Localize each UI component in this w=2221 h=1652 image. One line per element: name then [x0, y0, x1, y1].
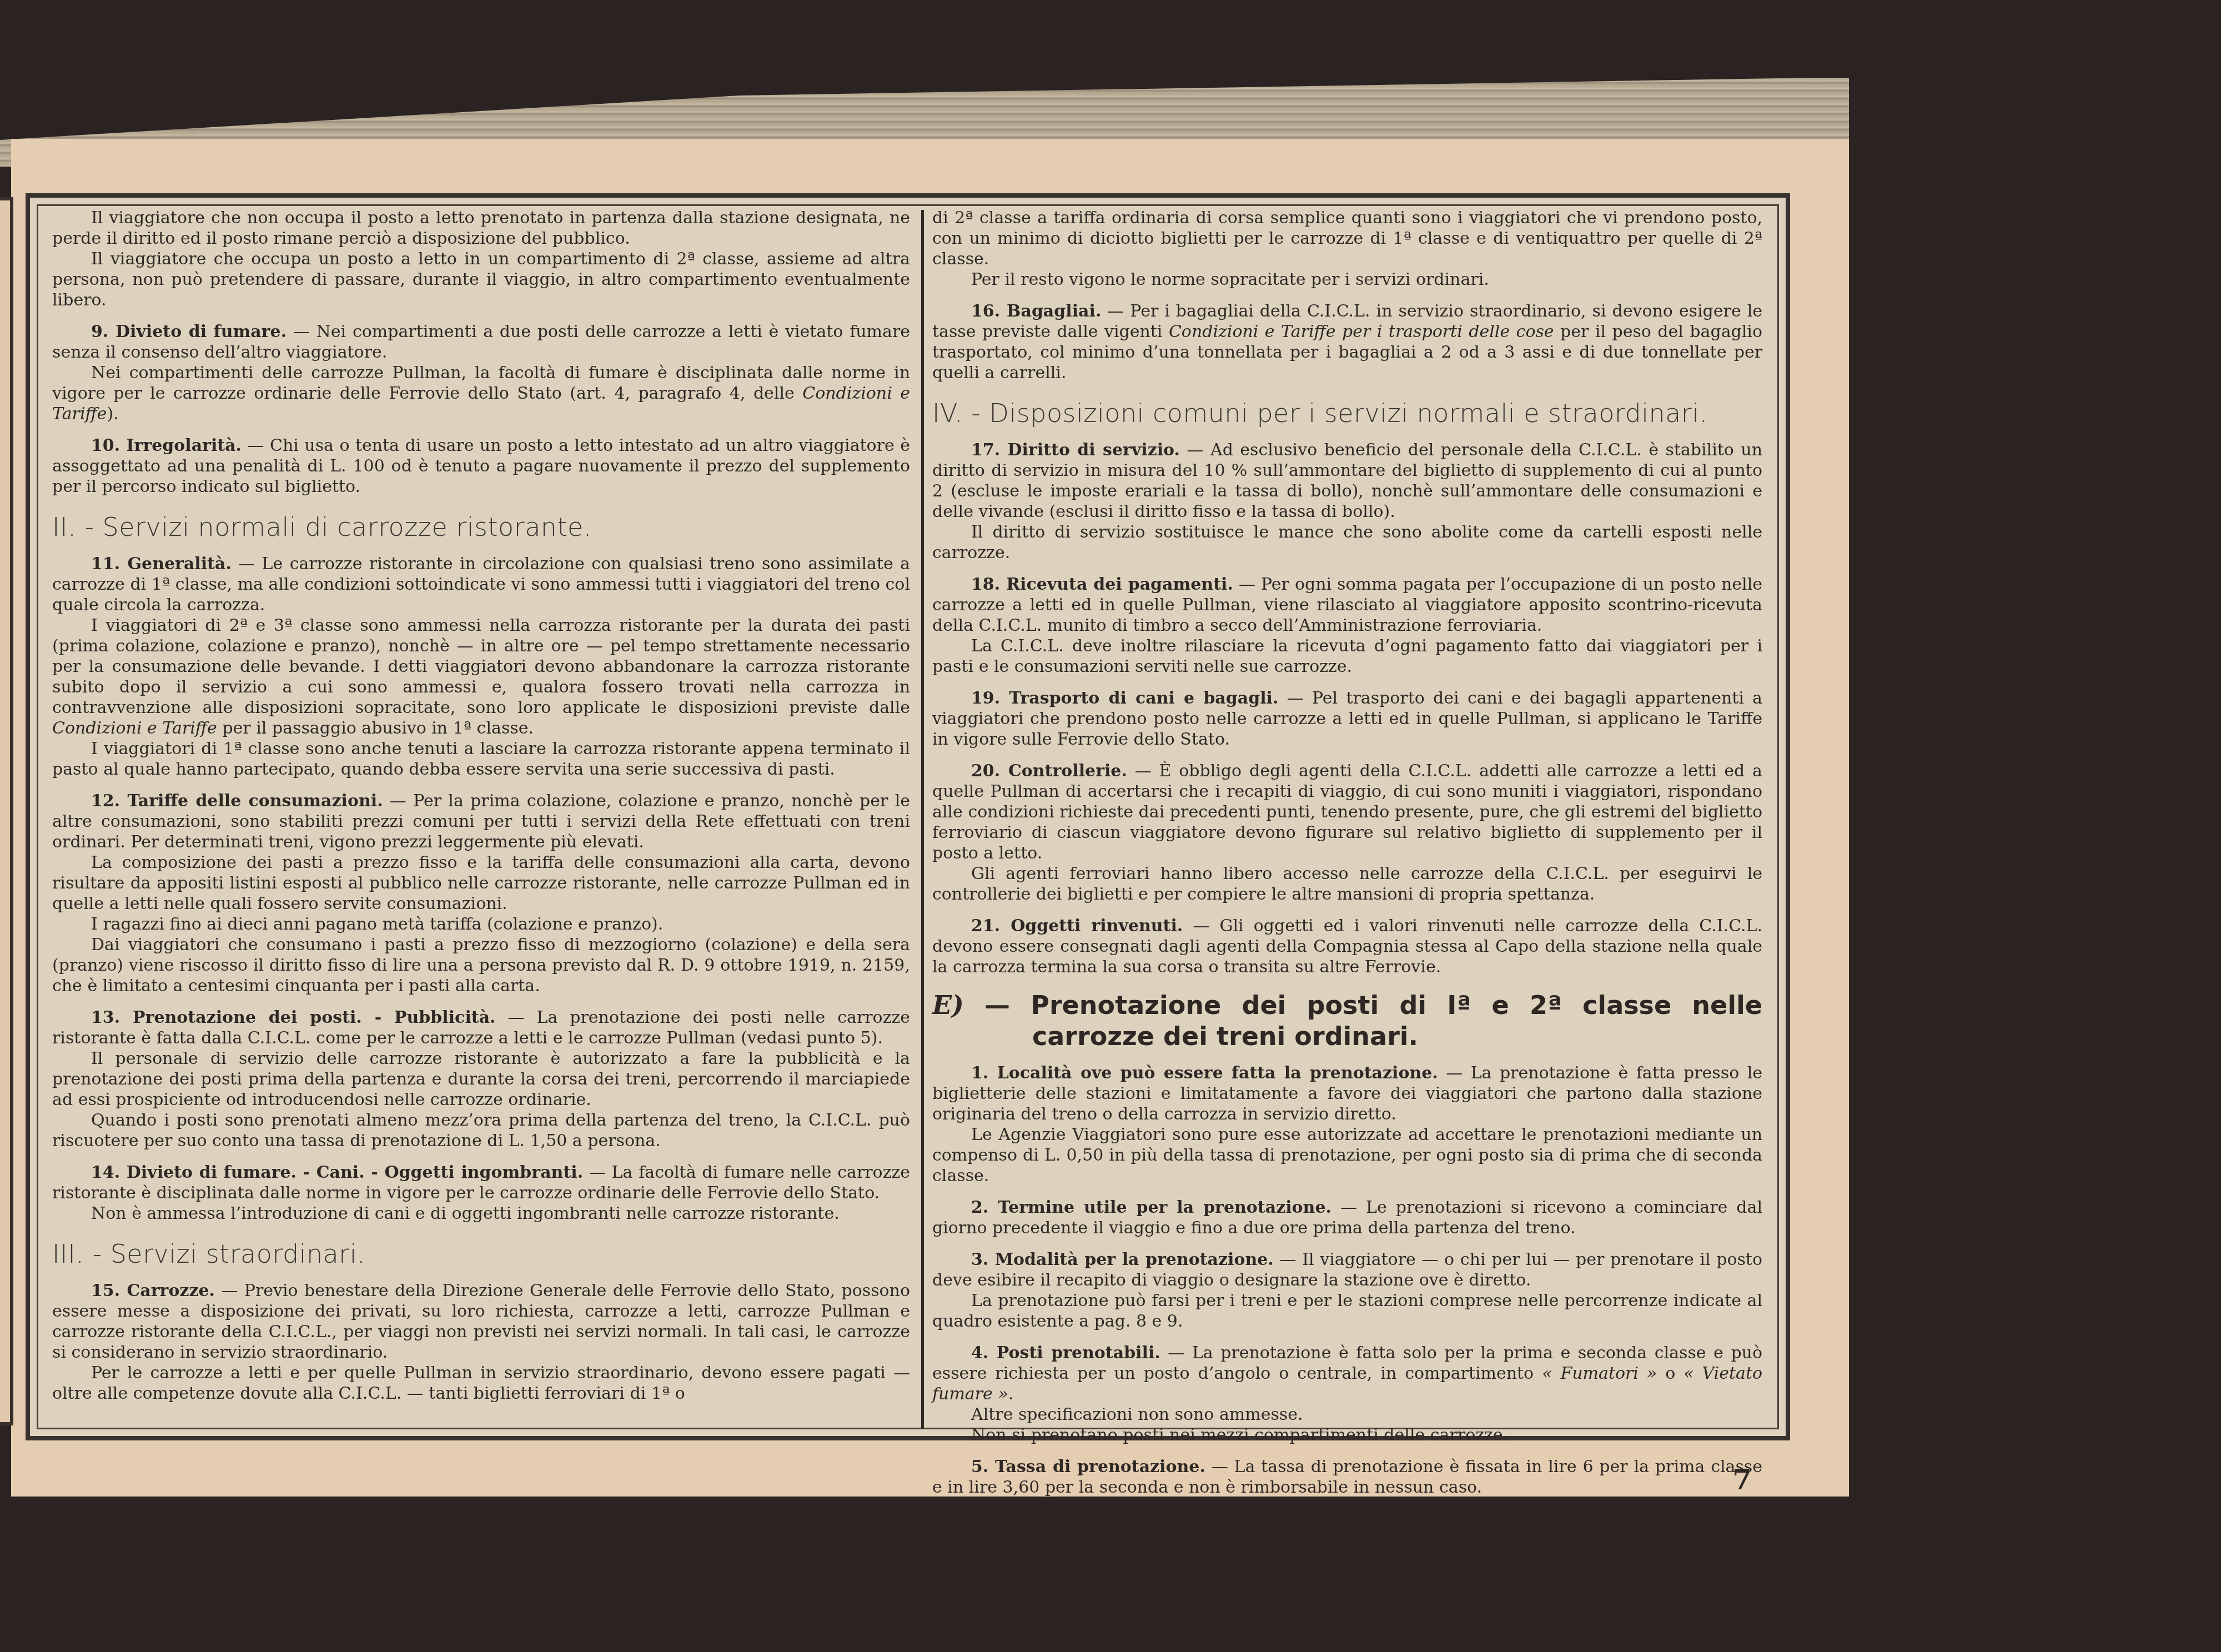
paragraph: Il diritto di servizio sostituisce le ma… [932, 522, 1762, 563]
section-heading-iii: III. - Servizi straordinari. [52, 1238, 910, 1269]
item-title: 20. Controllerie. [971, 761, 1127, 781]
item-text: o [1657, 1364, 1684, 1383]
item-text: Nei compartimenti delle carrozze Pullman… [52, 363, 910, 403]
item-title: 19. Trasporto di cani e bagagli. [971, 689, 1278, 708]
item-title: 18. Ricevuta dei pagamenti. [971, 575, 1233, 594]
section-heading-iv: IV. - Disposizioni comuni per i servizi … [932, 398, 1762, 429]
item-title: 2. Termine utile per la prenotazione. [971, 1198, 1331, 1217]
rule-item-16: 16. Bagagliai. — Per i bagagliai della C… [932, 301, 1762, 383]
rule-item-15: 15. Carrozze. — Previo benestare della D… [52, 1281, 910, 1404]
paragraph: di 2ª classe a tariffa ordinaria di cors… [932, 208, 1762, 269]
rule-item-9: 9. Divieto di fumare. — Nei compartiment… [52, 322, 910, 424]
paragraph: Altre specificazioni non sono ammesse. [932, 1404, 1762, 1425]
item-title: 3. Modalità per la prenotazione. [971, 1250, 1274, 1269]
item-text: . [1008, 1384, 1014, 1404]
item-title: 4. Posti prenotabili. [971, 1343, 1160, 1363]
chapter-letter: E) [932, 990, 964, 1020]
paragraph: Le Agenzie Viaggiatori sono pure esse au… [932, 1124, 1762, 1186]
paragraph: La composizione dei pasti a prezzo fisso… [52, 852, 910, 914]
paragraph: La prenotazione può farsi per i treni e … [932, 1291, 1762, 1332]
chapter-heading-e: E) — Prenotazione dei posti di Iª e 2ª c… [932, 990, 1762, 1052]
rule-item-14: 14. Divieto di fumare. - Cani. - Oggetti… [52, 1162, 910, 1224]
right-column: di 2ª classe a tariffa ordinaria di cors… [932, 208, 1762, 1498]
rule-item-19: 19. Trasporto di cani e bagagli. — Pel t… [932, 688, 1762, 750]
paragraph: Per il resto vigono le norme sopracitate… [932, 269, 1762, 290]
item-title: 5. Tassa di prenotazione. [971, 1457, 1205, 1477]
paragraph: Per le carrozze a letti e per quelle Pul… [52, 1363, 910, 1404]
rule-item-11: 11. Generalità. — Le carrozze ristorante… [52, 554, 910, 780]
item-text: per il passaggio abusivo in 1ª classe. [217, 719, 534, 738]
item-title: 1. Località ove può essere fatta la pren… [971, 1063, 1438, 1083]
paragraph: Non si prenotano posti nei mezzi compart… [932, 1425, 1762, 1445]
previous-page-edge [0, 197, 13, 1425]
item-title: 10. Irregolarità. [91, 436, 242, 455]
paragraph: Gli agenti ferroviari hanno libero acces… [932, 863, 1762, 905]
item-title: 9. Divieto di fumare. [91, 322, 287, 342]
reservation-item-4: 4. Posti prenotabili. — La prenotazione … [932, 1343, 1762, 1445]
item-text: ). [107, 404, 119, 424]
section-heading-ii: II. - Servizi normali di carrozze ristor… [52, 511, 910, 543]
rule-item-12: 12. Tariffe delle consumazioni. — Per la… [52, 791, 910, 996]
paragraph: Non è ammessa l’introduzione di cani e d… [52, 1203, 910, 1224]
left-column: Il viaggiatore che non occupa il posto a… [52, 208, 910, 1404]
paragraph: Il personale di servizio delle carrozze … [52, 1048, 910, 1110]
item-text: I viaggiatori di 2ª e 3ª classe sono amm… [52, 616, 910, 717]
rule-item-21: 21. Oggetti rinvenuti. — Gli oggetti ed … [932, 916, 1762, 977]
item-text-italic: « Fumatori » [1542, 1364, 1657, 1383]
text-frame: Il viaggiatore che non occupa il posto a… [26, 193, 1790, 1440]
item-title: 14. Divieto di fumare. - Cani. - Oggetti… [91, 1163, 583, 1182]
paragraph: Quando i posti sono prenotati almeno mez… [52, 1110, 910, 1151]
item-text-italic: Condizioni e Tariffe per i trasporti del… [1169, 322, 1554, 342]
item-title: 21. Oggetti rinvenuti. [971, 916, 1183, 936]
paragraph: La C.I.C.L. deve inoltre rilasciare la r… [932, 636, 1762, 677]
rule-item-20: 20. Controllerie. — È obbligo degli agen… [932, 761, 1762, 905]
reservation-item-5: 5. Tassa di prenotazione. — La tassa di … [932, 1457, 1762, 1498]
rule-item-17: 17. Diritto di servizio. — Ad esclusivo … [932, 440, 1762, 563]
item-title: 17. Diritto di servizio. [971, 440, 1180, 460]
item-title: 13. Prenotazione dei posti. - Pubblicità… [91, 1008, 496, 1027]
item-title: 16. Bagagliai. [971, 302, 1101, 321]
rule-item-18: 18. Ricevuta dei pagamenti. — Per ogni s… [932, 574, 1762, 677]
rule-item-10: 10. Irregolarità. — Chi usa o tenta di u… [52, 435, 910, 497]
item-title: 12. Tariffe delle consumazioni. [91, 791, 383, 811]
item-text-italic: Condizioni e Tariffe [52, 719, 217, 738]
paragraph: I viaggiatori di 1ª classe sono anche te… [52, 739, 910, 780]
paragraph: Dai viaggiatori che consumano i pasti a … [52, 935, 910, 996]
item-title: 15. Carrozze. [91, 1281, 215, 1300]
rule-item-13: 13. Prenotazione dei posti. - Pubblicità… [52, 1007, 910, 1151]
reservation-item-2: 2. Termine utile per la prenotazione. — … [932, 1197, 1762, 1238]
item-title: 11. Generalità. [91, 554, 232, 574]
reservation-item-3: 3. Modalità per la prenotazione. — Il vi… [932, 1249, 1762, 1332]
reservation-item-1: 1. Località ove può essere fatta la pren… [932, 1063, 1762, 1186]
paragraph: Il viaggiatore che occupa un posto a let… [52, 249, 910, 310]
chapter-title: — Prenotazione dei posti di Iª e 2ª clas… [964, 990, 1762, 1051]
paragraph: Il viaggiatore che non occupa il posto a… [52, 208, 910, 249]
paragraph: I ragazzi fino ai dieci anni pagano metà… [52, 914, 910, 935]
page-number: 7 [1732, 1463, 1752, 1496]
column-divider [921, 210, 924, 1429]
